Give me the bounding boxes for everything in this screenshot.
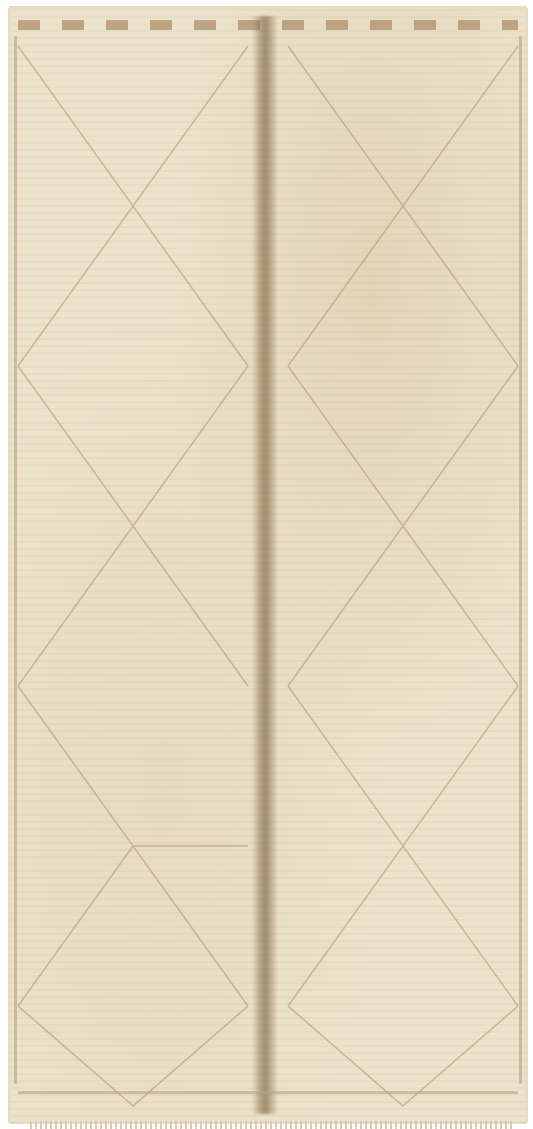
bottom-fringe — [30, 1121, 513, 1129]
diamond-lattice — [8, 6, 528, 1124]
bottom-border-line — [18, 1091, 518, 1094]
rug — [8, 6, 528, 1124]
